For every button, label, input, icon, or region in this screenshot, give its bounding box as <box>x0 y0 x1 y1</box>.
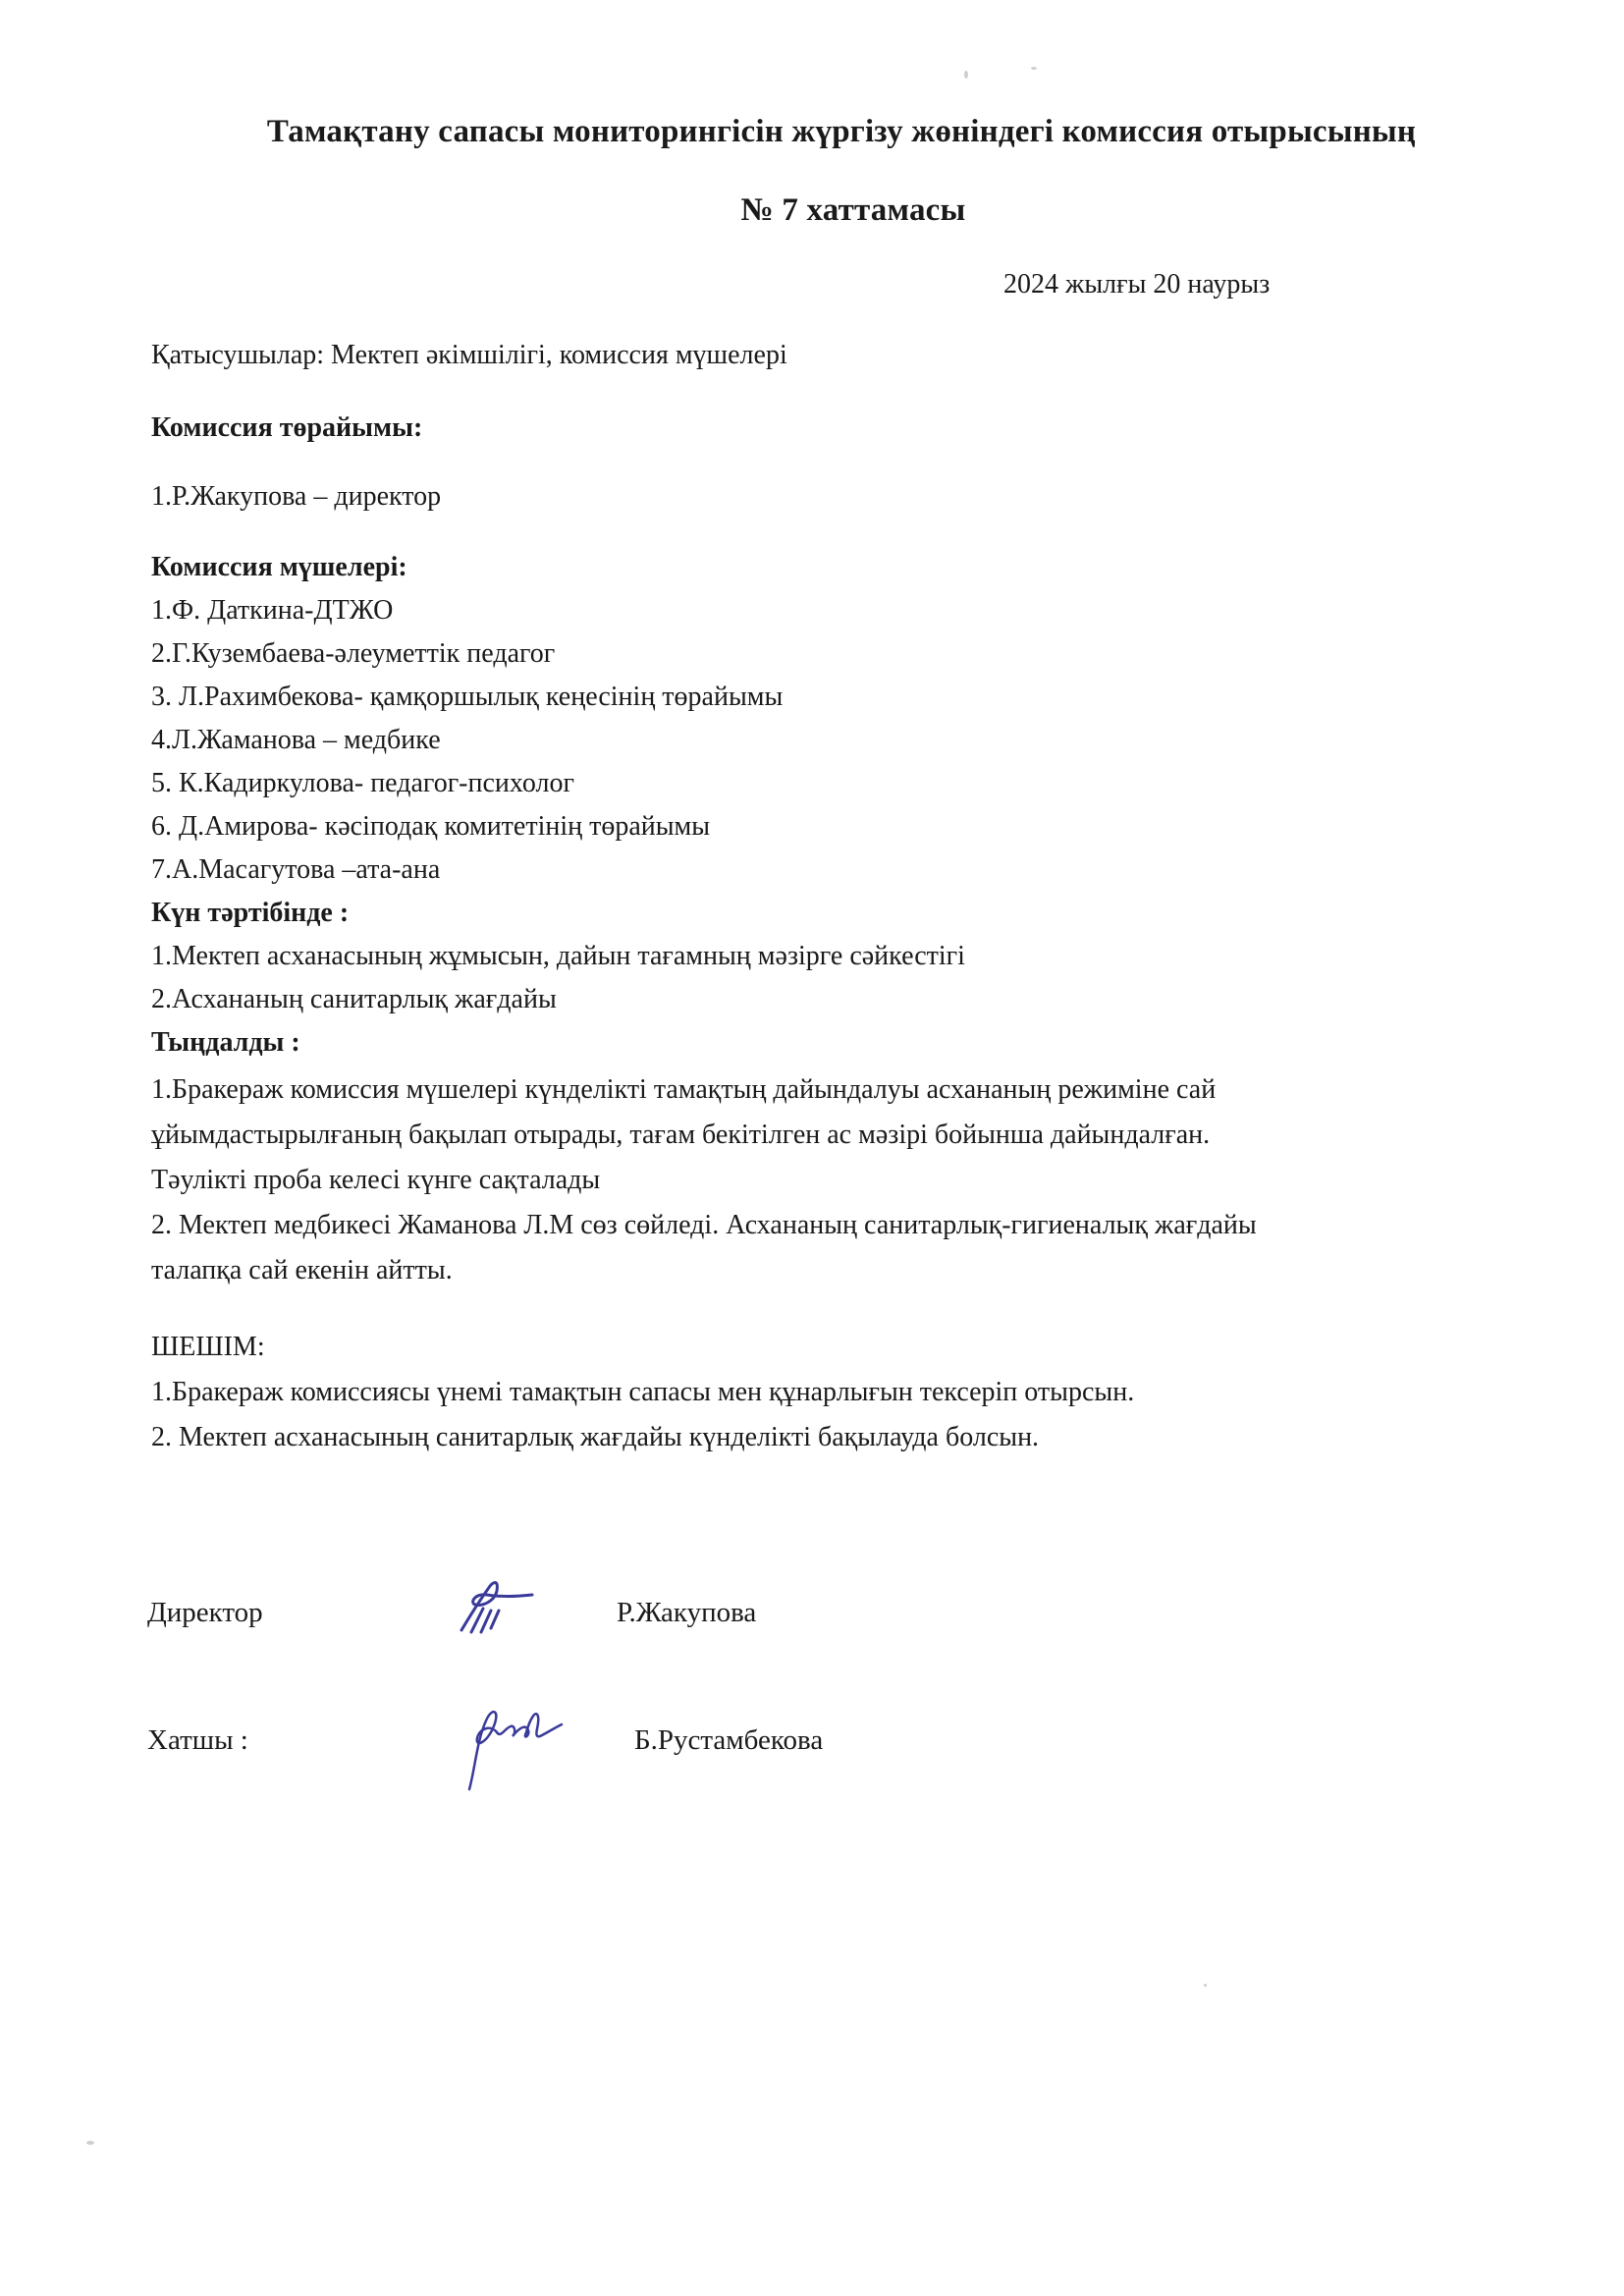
agenda-item: 1.Мектеп асханасының жұмысын, дайын таға… <box>151 941 965 972</box>
protocol-number: № 7 хаттамасы <box>41 192 1624 229</box>
director-name: Р.Жакупова <box>617 1597 756 1629</box>
document-title: Тамақтану сапасы мониторингісін жүргізу … <box>29 114 1624 150</box>
secretary-role: Хатшы : <box>147 1724 248 1757</box>
member-item: 5. К.Кадиркулова- педагог-психолог <box>151 768 574 799</box>
participants-line: Қатысушылар: Мектеп әкімшілігі, комиссия… <box>151 340 787 371</box>
heard-line: 1.Бракераж комиссия мүшелері күнделікті … <box>151 1074 1216 1106</box>
secretary-signature-icon <box>458 1699 566 1797</box>
decision-item: 1.Бракераж комиссиясы үнемі тамақтын сап… <box>151 1377 1134 1408</box>
scan-speck <box>1031 67 1037 70</box>
heard-line: Тәулікті проба келесі күнге сақталады <box>151 1165 600 1196</box>
scan-speck <box>1204 1984 1207 1987</box>
chair-heading: Комиссия төрайымы: <box>151 412 422 444</box>
director-role: Директор <box>147 1597 263 1629</box>
member-item: 1.Ф. Даткина-ДТЖО <box>151 595 393 627</box>
decision-item: 2. Мектеп асханасының санитарлық жағдайы… <box>151 1422 1039 1453</box>
director-signature-icon <box>454 1571 542 1640</box>
member-item: 4.Л.Жаманова – медбике <box>151 725 441 756</box>
heard-heading: Тыңдалды : <box>151 1027 300 1059</box>
document-date: 2024 жылғы 20 наурыз <box>1003 269 1270 301</box>
scan-speck <box>964 71 968 79</box>
members-heading: Комиссия мүшелері: <box>151 552 407 583</box>
decision-heading: ШЕШІМ: <box>151 1332 265 1363</box>
agenda-item: 2.Асхананың санитарлық жағдайы <box>151 984 557 1015</box>
agenda-heading: Күн тәртібінде : <box>151 898 349 929</box>
member-item: 3. Л.Рахимбекова- қамқоршылық кеңесінің … <box>151 682 783 713</box>
secretary-name: Б.Рустамбекова <box>634 1724 823 1757</box>
member-item: 2.Г.Куземба​ева-әлеуметтік педагог <box>151 638 555 670</box>
chair-line: 1.Р.Жакупова – директор <box>151 481 441 513</box>
scan-speck <box>86 2141 94 2145</box>
member-item: 6. Д.Амирова- кәсіподақ комитетінің төра… <box>151 811 710 843</box>
member-item: 7.А.Масагутова –ата-ана <box>151 854 440 886</box>
heard-line: ұйымдастырылғаның бақылап отырады, тағам… <box>151 1120 1210 1151</box>
heard-line: талапқа сай екенін айтты. <box>151 1255 453 1286</box>
heard-line: 2. Мектеп медбикесі Жаманова Л.М сөз сөй… <box>151 1210 1257 1241</box>
